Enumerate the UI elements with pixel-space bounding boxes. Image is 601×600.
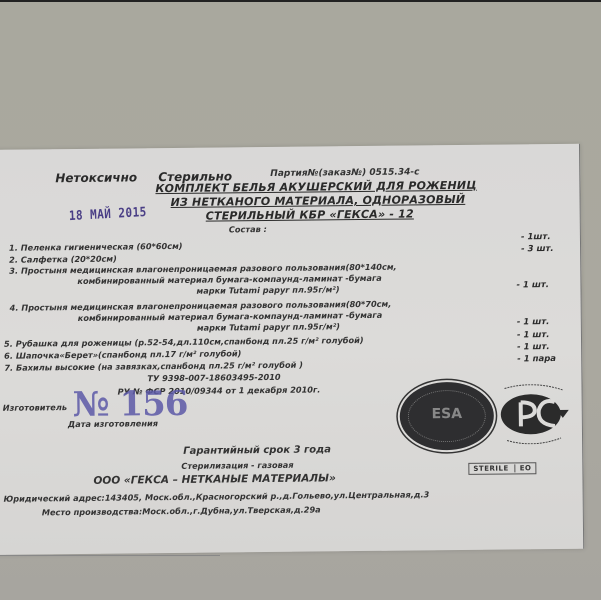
item-5: 5. Рубашка для роженицы (р.52-54,дл.110с… [4,335,364,349]
warranty-text: Гарантийный срок 3 года [183,444,331,457]
item-1: 1. Пеленка гигиеническая (60*60см) [9,241,183,253]
date-stamp: 18 МАЙ 2015 [69,205,147,224]
item-3-line-3: марки Tutami рapyr пл.95г/м²) [196,284,339,295]
title-line-2: ИЗ НЕТКАНОГО МАТЕРИАЛА, ОДНОРАЗОВЫЙ [170,193,465,209]
manufacturer-label: Изготовитель [3,402,67,413]
title-line-3: СТЕРИЛЬНЫЙ КБР «ГЕКСА» - 12 [206,207,414,222]
production-place: Место производства:Моск.обл.,г.Дубна,ул.… [42,504,321,517]
item-2: 2. Салфетка (20*20см) [9,254,117,265]
item-7-qty: - 1 пара [517,354,556,364]
esa-logo-text: ESA [400,406,494,423]
nontoxic-text: Нетоксично [55,170,137,185]
item-5-qty: - 1 шт. [517,330,550,340]
top-dark-edge [0,0,601,2]
legal-address: Юридический адрес:143405, Моск.обл.,Крас… [4,489,430,503]
composition-heading: Состав : [229,224,267,234]
esa-logo: ESA [397,380,496,453]
item-3-qty: - 1 шт. [516,280,549,290]
tu-spec: ТУ 9398-007-18603495-2010 [147,372,280,383]
item-4-qty: - 1 шт. [517,317,550,327]
sterile-eo-box: STERILEEO [468,462,536,475]
item-7: 7. Бахилы высокие (на завязках,спанбонд … [4,360,303,373]
sterilization-text: Стерилизация - газовая [181,460,293,471]
rst-certification-icon [492,384,575,445]
production-date-label: Дата изготовления [68,418,158,429]
item-6: 6. Шапочка«Берет»(спанбонд пл.17 г/м² го… [4,348,241,360]
item-4-line-3: марки Tutami рapyr пл.95г/м²) [197,321,340,332]
item-2-qty: - 3 шт. [521,244,554,254]
company-name: ООО «ГЕКСА – НЕТКАНЫЕ МАТЕРИАЛЫ» [93,472,335,487]
batch-number: Партия№(заказ№) 0515.34-с [270,167,419,179]
sterile-method: EO [515,464,532,472]
paper-bottom-fold [0,555,220,556]
product-label-sheet: Нетоксично Стерильно Партия№(заказ№) 051… [0,144,584,555]
sterile-box-text: STERILE [473,464,508,472]
item-1-qty: - 1шт. [521,232,551,242]
paper-edge [579,144,584,549]
item-6-qty: - 1 шт. [517,342,550,352]
